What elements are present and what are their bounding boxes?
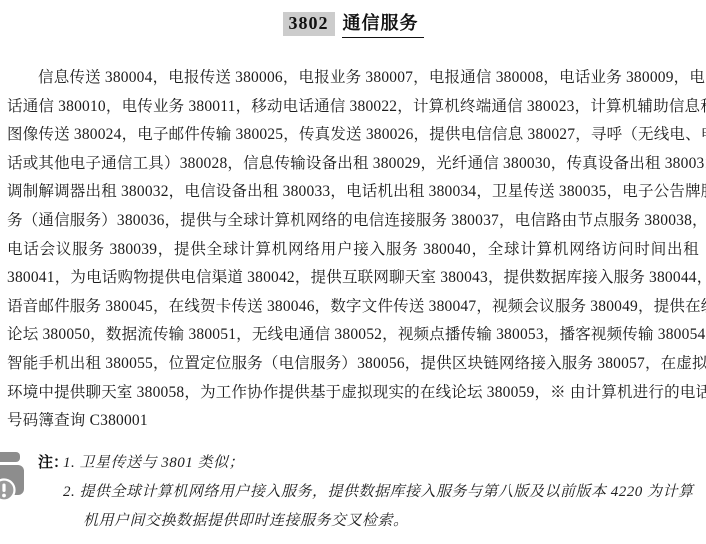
paragraph-line: 务（通信服务）380036，提供与全球计算机网络的电信连接服务 380037，电… [7,207,699,236]
section-header: 3802 通信服务 [0,9,706,38]
note-line: 2. 提供全球计算机网络用户接入服务，提供数据库接入服务与第八版及以前版本 42… [63,478,706,507]
paragraph-line: 话或其他电子通信工具）380028，信息传输设备出租 380029，光纤通信 3… [7,150,699,179]
note-item: 2. 提供全球计算机网络用户接入服务，提供数据库接入服务与第八版及以前版本 42… [63,478,706,536]
paragraph-line: 环境中提供聊天室 380058，为工作协作提供基于虚拟现实的在线论坛 38005… [7,379,699,408]
paragraph-line: 智能手机出租 380055，位置定位服务（电信服务）380056，提供区块链网络… [7,350,699,379]
paragraph-line: 图像传送 380024，电子邮件传输 380025，传真发送 380026，提供… [7,121,699,150]
note-label: 注： [38,449,63,478]
section-title: 通信服务 [342,9,424,38]
paragraph-line: 话通信 380010，电传业务 380011，移动电话通信 380022，计算机… [7,93,699,122]
book-alert-icon [0,451,32,505]
note-content: 注： 1. 卫星传送与 3801 类似；2. 提供全球计算机网络用户接入服务，提… [38,449,706,536]
paragraph-line: 语音邮件服务 380045，在线贺卡传送 380046，数字文件传送 38004… [7,293,699,322]
class-code-badge: 3802 [283,12,335,36]
note-line: 机用户间交换数据提供即时连接服务交叉检索。 [83,507,706,536]
document-page: 3802 通信服务 信息传送 380004，电报传送 380006，电报业务 3… [0,0,706,544]
services-paragraph: 信息传送 380004，电报传送 380006，电报业务 380007，电报通信… [7,64,699,436]
paragraph-line: 号码簿查询 C380001 [7,407,699,436]
paragraph-line: 调制解调器出租 380032，电信设备出租 380033，电话机出租 38003… [7,178,699,207]
note-item: 1. 卫星传送与 3801 类似； [63,449,706,478]
note-items: 1. 卫星传送与 3801 类似；2. 提供全球计算机网络用户接入服务，提供数据… [63,449,706,536]
paragraph-line: 论坛 380050，数据流传输 380051，无线电通信 380052，视频点播… [7,321,699,350]
note-line: 1. 卫星传送与 3801 类似； [63,449,706,478]
paragraph-line: 380041，为电话购物提供电信渠道 380042，提供互联网聊天室 38004… [7,264,699,293]
note-section: 注： 1. 卫星传送与 3801 类似；2. 提供全球计算机网络用户接入服务，提… [0,449,706,536]
paragraph-line: 电话会议服务 380039，提供全球计算机网络用户接入服务 380040，全球计… [7,236,699,265]
paragraph-line: 信息传送 380004，电报传送 380006，电报业务 380007，电报通信… [7,64,699,93]
